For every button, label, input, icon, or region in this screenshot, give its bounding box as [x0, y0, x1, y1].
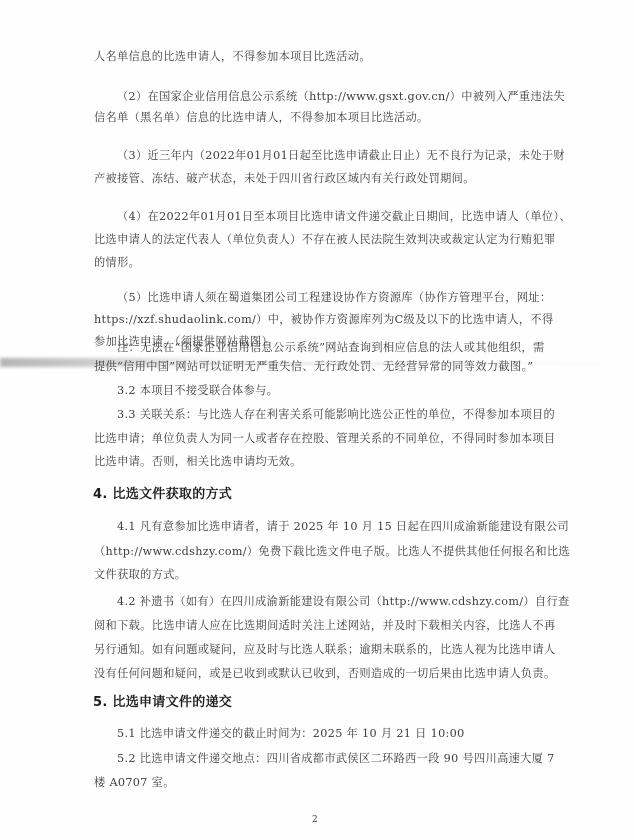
- paragraph-line: 4.1 凡有意参加比选申请者，请于 2025 年 10 月 15 日起在四川成渝…: [117, 520, 569, 534]
- paragraph-line: https://xzf.shudaolink.com/）中，被协作方资源库列为C…: [94, 313, 554, 327]
- paragraph-line: （http://www.cdshzy.com/）免费下载比选文件电子版。比选人不…: [94, 545, 570, 559]
- paragraph-line: 楼 A0707 室。: [94, 776, 175, 790]
- paragraph-line: 信名单（黑名单）信息的比选申请人，不得参加本项目比选活动。: [94, 111, 429, 125]
- paragraph-line: 3.2 本项目不接受联合体参与。: [117, 384, 278, 398]
- paragraph-line: 比选申请；单位负责人为同一人或者存在控股、管理关系的不同单位，不得同时参加本项目: [94, 432, 556, 446]
- paragraph-line: 3.3 关联关系：与比选人存在利害关系可能影响比选公正性的单位，不得参加本项目的: [117, 408, 555, 422]
- paragraph-line: 5.2 比选申请文件递交地点：四川省成都市武侯区二环路西一段 90 号四川高速大…: [117, 752, 555, 766]
- paragraph-line: （2）在国家企业信用信息公示系统（http://www.gsxt.gov.cn/…: [117, 90, 565, 104]
- section-heading: 5. 比选申请文件的递交: [93, 696, 232, 710]
- paragraph-line: 没有任何问题和疑问，或是已收到或默认已收到，否则造成的一切后果由比选申请人负责。: [94, 667, 556, 681]
- page-number: 2: [312, 815, 318, 825]
- paragraph-line: 5.1 比选申请文件递交的截止时间为：2025 年 10 月 21 日 10:0…: [117, 727, 465, 741]
- paragraph-line: 产被接管、冻结、破产状态，未处于四川省行政区域内有关行政处罚期间。: [94, 172, 475, 186]
- document-page: 人名单信息的比选申请人，不得参加本项目比选活动。 （2）在国家企业信用信息公示系…: [0, 0, 634, 840]
- paragraph-line: 文件获取的方式。: [94, 568, 186, 582]
- paragraph-line: 人名单信息的比选申请人，不得参加本项目比选活动。: [94, 50, 371, 64]
- paragraph-line: 4.2 补遗书（如有）在四川成渝新能建设有限公司（http://www.cdsh…: [117, 595, 570, 609]
- paragraph-line: 比选申请人的法定代表人（单位负责人）不存在被人民法院生效判决或裁定认定为行贿犯罪: [94, 233, 556, 247]
- paragraph-line: 比选申请。否则，相关比选申请均无效。: [94, 455, 302, 469]
- paragraph-line: 阅和下载。比选申请人应在比选期间适时关注上述网站，并及时下载相关内容，比选人不再: [94, 619, 556, 633]
- section-heading: 4. 比选文件获取的方式: [93, 488, 232, 502]
- note-line: 注：无法在“国家企业信用信息公示系统”网站查询到相应信息的法人或其他组织，需: [117, 341, 545, 355]
- paragraph-line: （4）在2022年01月01日至本项目比选申请文件递交截止日期间，比选申请人（单…: [117, 210, 571, 224]
- paragraph-line: 的情形。: [94, 256, 140, 270]
- paragraph-line: （5）比选申请人须在蜀道集团公司工程建设协作方资源库（协作方管理平台，网址：: [117, 291, 551, 305]
- paragraph-line: （3）近三年内（2022年01月01日起至比选申请截止日止）无不良行为记录，未处…: [117, 149, 565, 163]
- paragraph-line: 另行通知。如有问题或疑问，应及时与比选人联系；逾期未联系的，比选人视为比选申请人: [94, 643, 556, 657]
- note-line: 提供“信用中国”网站可以证明无严重失信、无行政处罚、无经营异常的同等效力截图。”: [94, 360, 534, 374]
